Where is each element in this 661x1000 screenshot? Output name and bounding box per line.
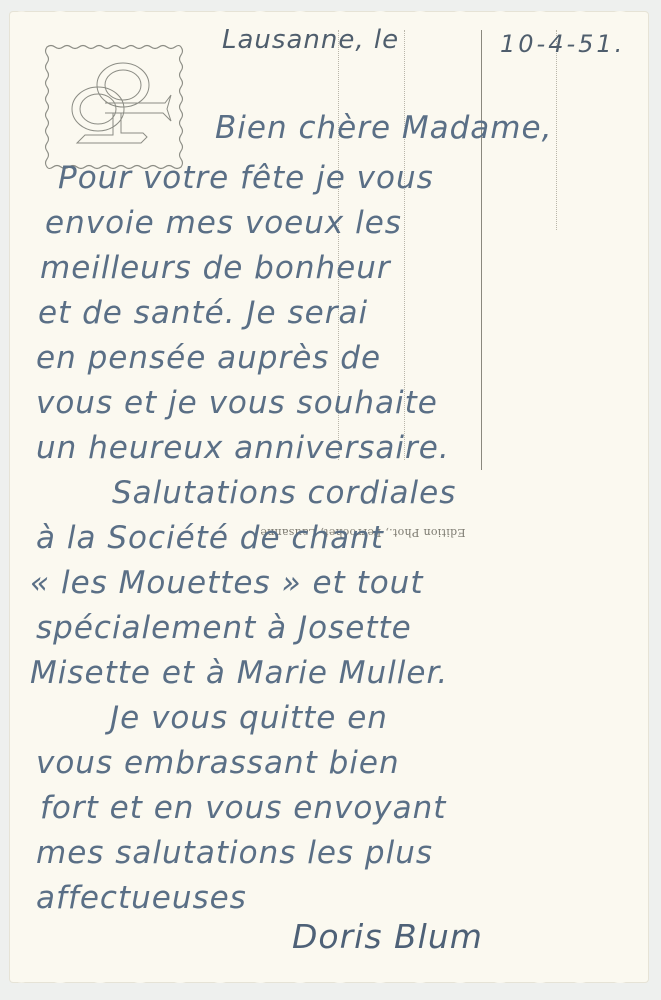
body-line: et de santé. Je serai	[38, 295, 368, 331]
body-line: « les Mouettes » et tout	[30, 565, 424, 601]
body-line: Pour votre fête je vous	[58, 160, 434, 196]
body-line: envoie mes voeux les	[45, 205, 402, 241]
monogram-logo-icon	[72, 63, 171, 143]
body-line: un heureux anniversaire.	[36, 430, 450, 466]
body-line: Misette et à Marie Muller.	[30, 655, 448, 691]
signature: Doris Blum	[292, 917, 483, 956]
body-line: Salutations cordiales	[112, 475, 456, 511]
body-line: à la Société de chant	[36, 520, 384, 556]
body-line: spécialement à Josette	[36, 610, 412, 646]
body-line: affectueuses	[36, 880, 247, 916]
place-heading: Lausanne, le	[222, 25, 399, 55]
body-line: vous et je vous souhaite	[36, 385, 438, 421]
stamp-box	[43, 43, 186, 171]
scalloped-top-edge	[10, 8, 648, 16]
salutation: Bien chère Madame,	[215, 110, 552, 146]
dotted-guide-line-3	[556, 30, 557, 230]
body-line: Je vous quitte en	[110, 700, 388, 736]
body-line: meilleurs de bonheur	[40, 250, 391, 286]
address-divider-line	[481, 30, 482, 470]
date-text: 10-4-51.	[500, 30, 625, 58]
body-line: fort et en vous envoyant	[40, 790, 446, 826]
body-line: mes salutations les plus	[36, 835, 433, 871]
body-line: vous embrassant bien	[36, 745, 400, 781]
scalloped-bottom-edge	[10, 978, 648, 986]
body-line: en pensée auprès de	[36, 340, 381, 376]
